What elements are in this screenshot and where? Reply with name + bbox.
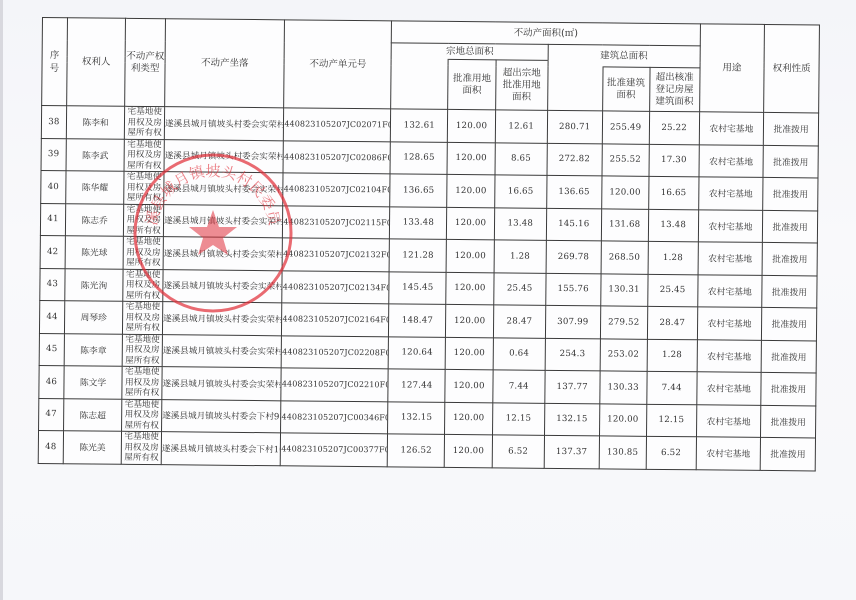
cell-location: 遂溪县城月镇坡头村委会下村93号: [162, 399, 282, 433]
cell-use: 农村宅基地: [697, 307, 762, 340]
cell-building-total: 272.82: [547, 143, 602, 176]
cell-land-approved: 120.00: [446, 337, 494, 370]
header-building-total: [548, 66, 603, 111]
table-body: 38陈李和宅基地使用权及房屋所有权遂溪县城月镇坡头村委会实荣村104号44082…: [38, 106, 818, 471]
cell-building-total: 136.65: [547, 175, 602, 208]
cell-land-total: 133.48: [390, 206, 447, 239]
cell-land-total: 132.61: [391, 109, 448, 142]
cell-right-type: 宅基地使用权及房屋所有权: [124, 204, 164, 237]
cell-nature: 批准拨用: [762, 307, 817, 340]
cell-building-excess: 13.48: [648, 209, 698, 242]
cell-nature: 批准拨用: [761, 405, 816, 438]
table-row: 48陈光美宅基地使用权及房屋所有权遂溪县城月镇坡头村委会下村106号440823…: [38, 430, 815, 470]
cell-land-total: 120.64: [388, 336, 445, 369]
cell-right-type: 宅基地使用权及房屋所有权: [122, 366, 162, 399]
cell-seq: 45: [39, 333, 64, 366]
cell-nature: 批准拨用: [762, 242, 817, 275]
cell-land-excess: 8.65: [495, 142, 548, 175]
header-nature: 权利性质: [764, 24, 820, 113]
header-land-approved: 批准用地面积: [448, 59, 496, 109]
cell-owner: 陈光美: [63, 431, 122, 464]
cell-building-excess: 25.22: [649, 111, 699, 144]
cell-location: 遂溪县城月镇坡头村委会实荣村104号: [164, 107, 284, 141]
cell-use: 农村宅基地: [698, 177, 763, 210]
cell-owner: 陈李和: [66, 106, 125, 139]
cell-land-total: 136.65: [390, 174, 447, 207]
cell-building-total: 132.15: [544, 403, 599, 436]
cell-land-approved: 120.00: [447, 239, 495, 272]
cell-land-total: 132.15: [388, 401, 445, 434]
cell-owner: 陈光洵: [65, 268, 124, 301]
header-seq: 序号: [42, 18, 68, 106]
cell-right-type: 宅基地使用权及房屋所有权: [124, 171, 164, 204]
cell-location: 遂溪县城月镇坡头村委会实荣村19号: [163, 204, 283, 238]
cell-land-total: 145.45: [389, 271, 446, 304]
cell-building-approved: 279.52: [600, 306, 648, 339]
cell-unit-no: 440823105207JC02104F00010001: [283, 173, 390, 207]
cell-location: 遂溪县城月镇坡头村委会实荣村98号: [163, 269, 283, 303]
cell-unit-no: 440823105207JC02086F00010001: [283, 140, 390, 174]
cell-building-total: 269.78: [546, 240, 601, 273]
cell-building-approved: 130.33: [599, 371, 647, 404]
cell-land-total: 127.44: [388, 369, 445, 402]
cell-building-excess: 17.30: [649, 144, 699, 177]
cell-building-excess: 12.15: [646, 404, 696, 437]
cell-use: 农村宅基地: [697, 274, 762, 307]
cell-building-approved: 120.00: [601, 176, 649, 209]
cell-building-total: 307.99: [545, 305, 600, 338]
cell-seq: 47: [39, 398, 64, 431]
cell-land-approved: 120.00: [448, 109, 496, 142]
cell-location: 遂溪县城月镇坡头村委会实荣村107号: [162, 367, 282, 401]
cell-nature: 批准拨用: [761, 340, 816, 373]
cell-land-excess: 13.48: [494, 207, 547, 240]
header-unit-no: 不动产单元号: [284, 20, 392, 109]
cell-seq: 40: [41, 170, 66, 203]
cell-land-excess: 0.64: [493, 337, 546, 370]
cell-building-approved: 130.31: [600, 273, 648, 306]
header-land-total: [391, 59, 449, 110]
cell-use: 农村宅基地: [697, 339, 762, 372]
cell-location: 遂溪县城月镇坡头村委会实荣村102号: [164, 139, 284, 173]
cell-building-approved: 268.50: [601, 241, 649, 274]
cell-land-approved: 120.00: [445, 402, 493, 435]
cell-building-excess: 1.28: [648, 241, 698, 274]
cell-right-type: 宅基地使用权及房屋所有权: [122, 399, 162, 432]
cell-location: 遂溪县城月镇坡头村委会实荣村55号: [163, 237, 283, 271]
header-land-excess: 超出宗地批准用地面积: [495, 60, 548, 110]
cell-building-excess: 1.28: [647, 339, 697, 372]
cell-land-excess: 1.28: [494, 240, 547, 273]
cell-right-type: 宅基地使用权及房屋所有权: [123, 301, 163, 334]
cell-right-type: 宅基地使用权及房屋所有权: [122, 334, 162, 367]
scanned-page: 序号 权利人 不动产权利类型 不动产坐落 不动产单元号 不动产面积(㎡) 用途 …: [0, 0, 856, 600]
header-land-total-group: 宗地总面积: [391, 43, 548, 61]
cell-building-excess: 6.52: [646, 436, 696, 469]
cell-building-approved: 255.52: [602, 143, 650, 176]
cell-unit-no: 440823105207JC02071F00010001: [284, 108, 391, 142]
cell-land-excess: 28.47: [493, 305, 546, 338]
cell-building-excess: 25.45: [648, 274, 698, 307]
cell-owner: 陈光球: [65, 236, 124, 269]
cell-building-approved: 120.00: [599, 403, 647, 436]
cell-land-excess: 7.44: [492, 370, 545, 403]
page-edge: [0, 0, 3, 600]
registry-table-wrapper: 序号 权利人 不动产权利类型 不动产坐落 不动产单元号 不动产面积(㎡) 用途 …: [38, 17, 820, 471]
cell-seq: 38: [41, 106, 66, 139]
cell-land-total: 121.28: [389, 239, 446, 272]
cell-location: 遂溪县城月镇坡头村委会实荣村7号: [163, 302, 283, 336]
cell-seq: 42: [40, 235, 65, 268]
cell-land-approved: 120.00: [445, 434, 493, 467]
cell-right-type: 宅基地使用权及房屋所有权: [124, 139, 164, 172]
cell-land-approved: 120.00: [447, 174, 495, 207]
cell-nature: 批准拨用: [764, 112, 819, 145]
cell-right-type: 宅基地使用权及房屋所有权: [123, 236, 163, 269]
cell-nature: 批准拨用: [763, 210, 818, 243]
header-building-total-group: 建筑总面积: [548, 44, 700, 67]
property-registry-table: 序号 权利人 不动产权利类型 不动产坐落 不动产单元号 不动产面积(㎡) 用途 …: [38, 17, 820, 471]
cell-right-type: 宅基地使用权及房屋所有权: [121, 431, 161, 464]
cell-unit-no: 440823105207JC02208F00010001: [282, 335, 389, 369]
cell-land-approved: 120.00: [447, 207, 495, 240]
cell-land-excess: 16.65: [494, 175, 547, 208]
cell-owner: 陈李章: [64, 333, 123, 366]
cell-land-approved: 120.00: [446, 272, 494, 305]
cell-land-approved: 120.00: [445, 369, 493, 402]
cell-nature: 批准拨用: [761, 372, 816, 405]
header-building-excess: 超出核准登记房屋建筑面积: [649, 67, 699, 111]
cell-owner: 周琴珍: [64, 301, 123, 334]
cell-land-excess: 6.52: [492, 435, 545, 468]
cell-building-excess: 16.65: [648, 176, 698, 209]
header-use: 用途: [699, 24, 764, 113]
cell-building-approved: 255.49: [602, 111, 650, 144]
cell-right-type: 宅基地使用权及房屋所有权: [125, 106, 165, 139]
cell-building-approved: 253.02: [600, 338, 648, 371]
cell-land-total: 148.47: [389, 304, 446, 337]
cell-building-total: 155.76: [546, 273, 601, 306]
cell-location: 遂溪县城月镇坡头村委会下村106号: [161, 432, 281, 466]
cell-use: 农村宅基地: [699, 112, 764, 145]
cell-use: 农村宅基地: [698, 209, 763, 242]
header-owner: 权利人: [67, 18, 126, 107]
cell-land-excess: 25.45: [493, 272, 546, 305]
table-header: 序号 权利人 不动产权利类型 不动产坐落 不动产单元号 不动产面积(㎡) 用途 …: [42, 18, 820, 113]
cell-owner: 陈文学: [64, 366, 123, 399]
cell-nature: 批准拨用: [760, 437, 815, 470]
cell-land-approved: 120.00: [446, 304, 494, 337]
cell-land-total: 126.52: [387, 434, 444, 467]
cell-unit-no: 440823105207JC02134F00010001: [282, 270, 389, 304]
cell-seq: 46: [39, 365, 64, 398]
cell-nature: 批准拨用: [762, 275, 817, 308]
cell-land-excess: 12.61: [495, 110, 548, 143]
cell-use: 农村宅基地: [698, 242, 763, 275]
cell-building-approved: 131.68: [601, 208, 649, 241]
cell-unit-no: 440823105207JC02115F00010001: [283, 205, 390, 239]
cell-use: 农村宅基地: [696, 372, 761, 405]
cell-land-approved: 120.00: [447, 142, 495, 175]
cell-owner: 陈李武: [66, 138, 125, 171]
header-location: 不动产坐落: [165, 19, 285, 108]
cell-unit-no: 440823105207JC00377F00010001: [281, 433, 388, 467]
header-building-approved: 批准建筑面积: [602, 67, 650, 111]
cell-seq: 43: [40, 268, 65, 301]
header-area-group: 不动产面积(㎡): [392, 21, 701, 46]
cell-building-excess: 28.47: [647, 306, 697, 339]
cell-unit-no: 440823105207JC02164F00010001: [282, 303, 389, 337]
cell-location: 遂溪县城月镇坡头村委会实荣村109号: [162, 334, 282, 368]
cell-land-excess: 12.15: [492, 402, 545, 435]
cell-seq: 44: [39, 300, 64, 333]
cell-land-total: 128.65: [390, 141, 447, 174]
cell-seq: 39: [41, 138, 66, 171]
cell-seq: 41: [40, 203, 65, 236]
cell-building-approved: 130.85: [599, 436, 647, 469]
header-right-type: 不动产权利类型: [125, 18, 166, 106]
cell-unit-no: 440823105207JC02132F00010001: [282, 238, 389, 272]
cell-owner: 陈志乔: [65, 203, 124, 236]
cell-use: 农村宅基地: [696, 404, 761, 437]
cell-owner: 陈华耀: [66, 171, 125, 204]
cell-building-total: 254.3: [545, 338, 600, 371]
cell-owner: 陈志超: [63, 398, 122, 431]
cell-right-type: 宅基地使用权及房屋所有权: [123, 269, 163, 302]
cell-building-total: 137.77: [545, 370, 600, 403]
cell-building-total: 137.37: [544, 435, 599, 468]
cell-building-excess: 7.44: [647, 371, 697, 404]
cell-nature: 批准拨用: [763, 145, 818, 178]
cell-building-total: 280.71: [547, 110, 602, 143]
cell-use: 农村宅基地: [696, 437, 761, 470]
cell-unit-no: 440823105207JC00346F00010001: [281, 400, 388, 434]
cell-building-total: 145.16: [546, 208, 601, 241]
cell-nature: 批准拨用: [763, 177, 818, 210]
cell-seq: 48: [38, 430, 63, 463]
cell-use: 农村宅基地: [699, 144, 764, 177]
cell-location: 遂溪县城月镇坡头村委会实荣村11号: [164, 172, 284, 206]
cell-unit-no: 440823105207JC02210F00010001: [281, 368, 388, 402]
